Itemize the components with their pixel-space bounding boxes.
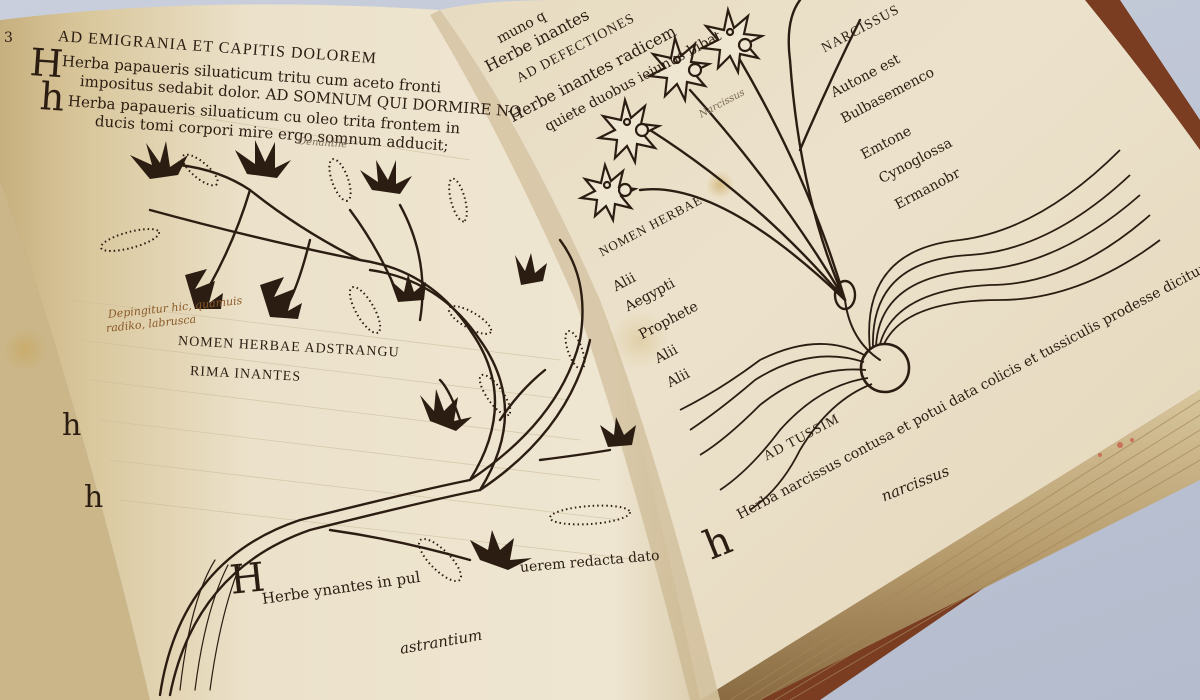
gutter-letter-2: h <box>84 480 103 515</box>
initial-h-2: h <box>38 74 65 120</box>
folio-mark: 3 <box>4 30 13 46</box>
manuscript-photo: 3 AD EMIGRANIA ET CAPITIS DOLOREM H Herb… <box>0 0 1200 700</box>
gutter-letter-1: h <box>62 408 81 443</box>
